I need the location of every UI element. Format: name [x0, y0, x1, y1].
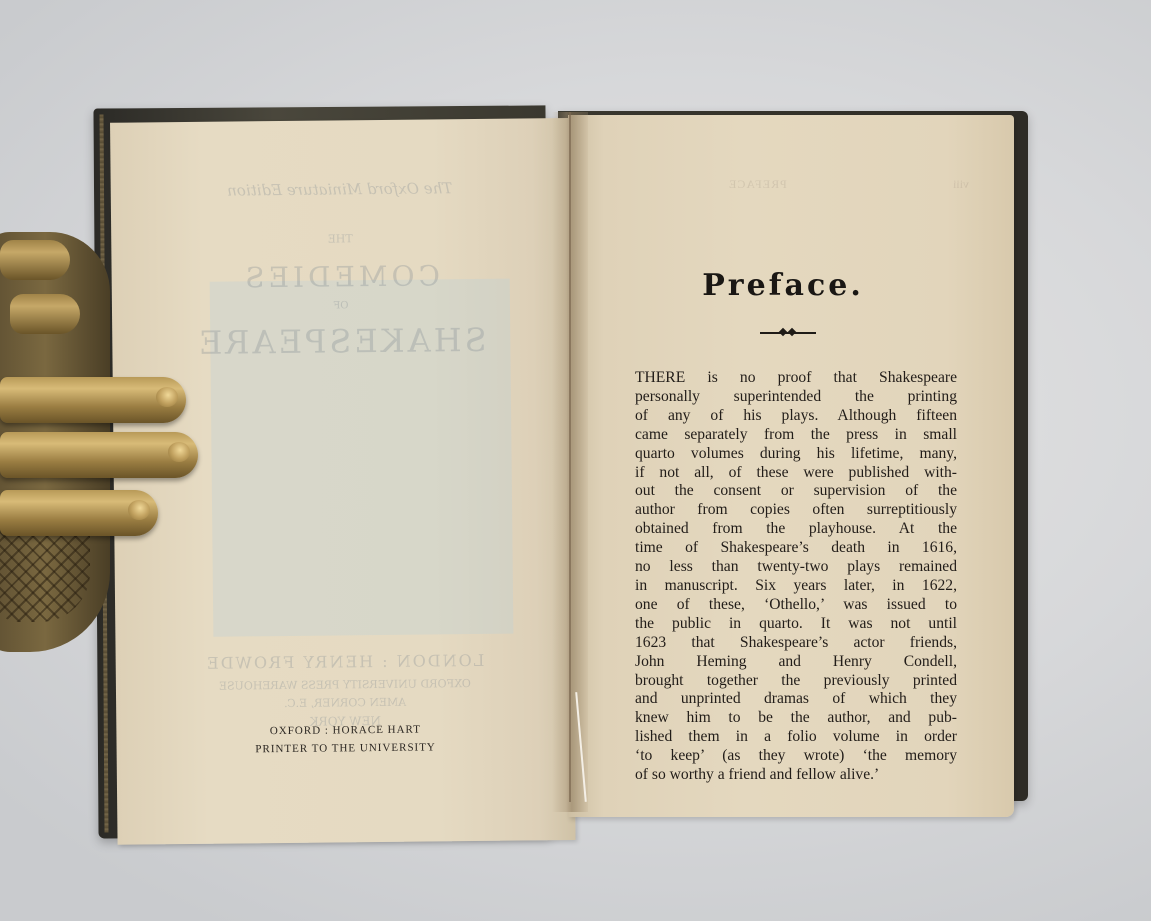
body-line: no less than twenty-two plays remained: [635, 558, 957, 577]
show-through-imprint-3: AMEN CORNER, E.C.: [116, 694, 574, 712]
body-line: author from copies often surreptitiously: [635, 501, 957, 520]
body-line: came separately from the press in small: [635, 426, 957, 445]
body-line: quarto volumes during his lifetime, many…: [635, 445, 957, 464]
show-through-imprint-1: LONDON : HENRY FROWDE: [116, 650, 574, 674]
body-line: knew him to be the author, and pub-: [635, 709, 957, 728]
body-line: time of Shakespeare’s death in 1616,: [635, 539, 957, 558]
body-line: and unprinted dramas of which they: [635, 690, 957, 709]
body-line: if not all, of these were published with…: [635, 464, 957, 483]
body-line: the public in quarto. It was not until: [635, 615, 957, 634]
body-line: personally superintended the printing: [635, 388, 957, 407]
body-line: ‘to keep’ (as they wrote) ‘the memory: [635, 747, 957, 766]
bookend-knuckle: [0, 240, 70, 280]
bookend-finger: [0, 490, 158, 536]
binding-thread: [575, 692, 587, 802]
body-line: obtained from the playhouse. At the: [635, 520, 957, 539]
ornament-rule: [760, 329, 816, 337]
body-line: THERE is no proof that Shakespeare: [635, 369, 957, 388]
body-line: of any of his plays. Although fifteen: [635, 407, 957, 426]
body-line: 1623 that Shakespeare’s actor friends,: [635, 634, 957, 653]
body-line: out the consent or supervision of the: [635, 482, 957, 501]
body-line: in manuscript. Six years later, in 1622,: [635, 577, 957, 596]
bookend-knuckle: [10, 294, 80, 334]
show-through-imprint-2: OXFORD UNIVERSITY PRESS WAREHOUSE: [116, 676, 574, 694]
gutter-crack: [569, 112, 571, 802]
preface-body: THERE is no proof that Shakespeare perso…: [635, 369, 957, 785]
bookend-finger: [0, 377, 186, 423]
right-page: PREFACE viii Preface. THERE is no proof …: [568, 115, 1014, 817]
bookend-finger: [0, 432, 198, 478]
body-line: one of these, ‘Othello,’ was issued to: [635, 596, 957, 615]
show-through-series: The Oxford Miniature Edition: [111, 178, 569, 201]
body-line: lished them in a folio volume in order: [635, 728, 957, 747]
body-line: brought together the previously printed: [635, 672, 957, 691]
photo-scene: The Oxford Miniature Edition THE COMEDIE…: [0, 0, 1151, 921]
show-through-page-number: viii: [953, 177, 969, 192]
body-line: of so worthy a friend and fellow alive.’: [635, 766, 957, 785]
show-through-running-head: PREFACE: [728, 177, 787, 192]
page-heading: Preface.: [560, 268, 1006, 303]
printer-imprint-line-2: PRINTER TO THE UNIVERSITY: [117, 740, 575, 757]
book-gutter: [552, 112, 588, 812]
brass-hand-bookend: [0, 232, 200, 652]
body-line: John Heming and Henry Condell,: [635, 653, 957, 672]
